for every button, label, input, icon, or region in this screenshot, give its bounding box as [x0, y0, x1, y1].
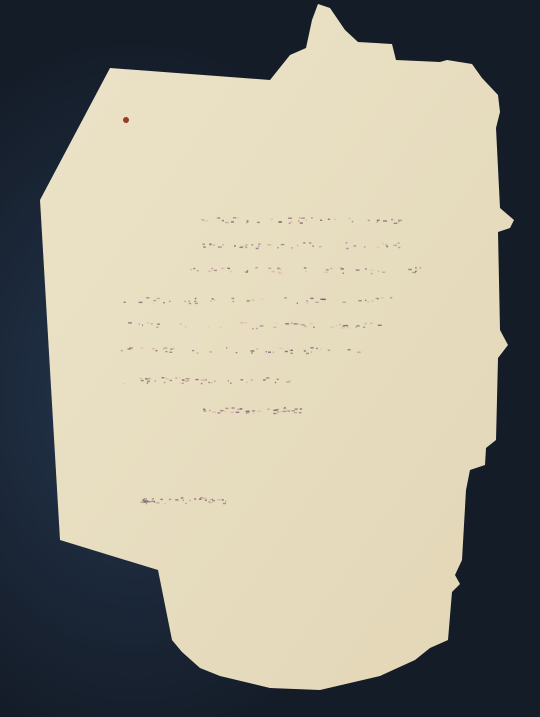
photo-canvas: [0, 0, 540, 717]
rust-stain: [123, 117, 129, 123]
photo-stage: [0, 0, 540, 717]
